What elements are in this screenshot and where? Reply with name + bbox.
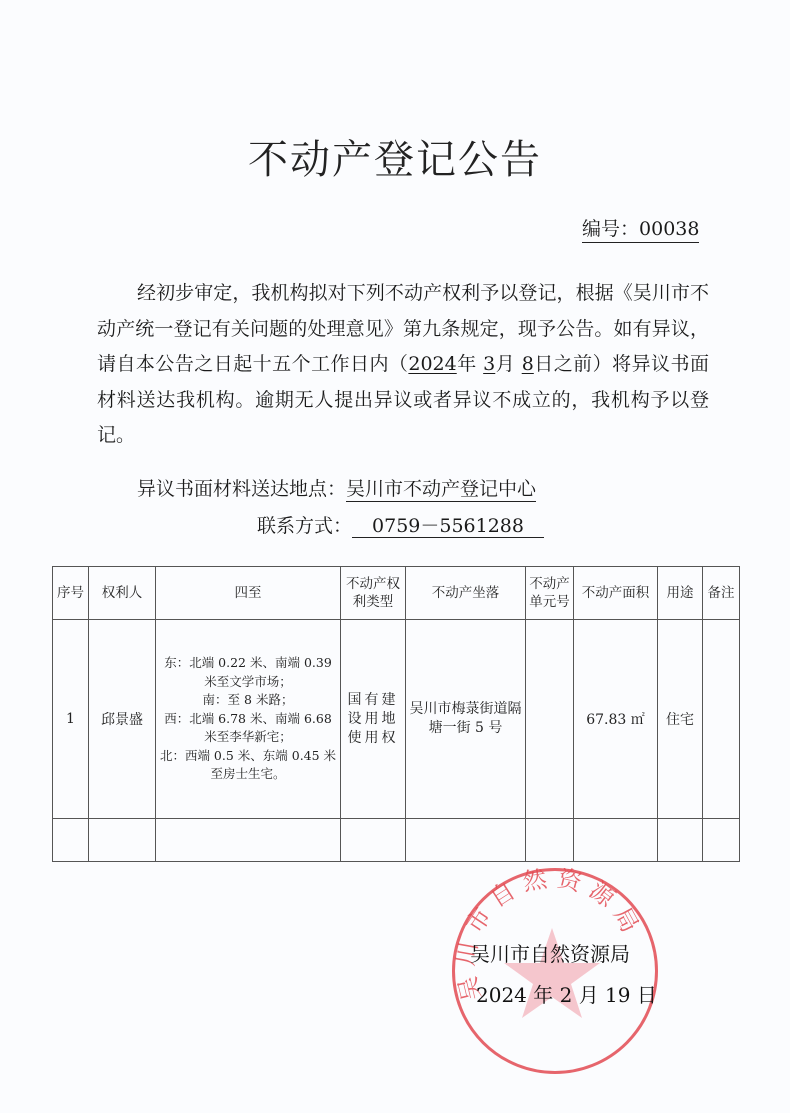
year-unit: 年 [457,353,477,375]
contact-info: 联系方式：0759－5561288 [257,511,544,538]
cell-boundaries: 东：北端 0.22 米、南端 0.39 米至文学市场； 南：至 8 米路； 西：… [156,620,341,819]
document-number-value: 00038 [639,218,699,240]
cell-use: 住宅 [658,620,703,819]
empty-cell [658,819,703,862]
header-use: 用途 [658,567,703,620]
cell-area: 67.83 ㎡ [574,620,658,819]
cell-holder: 邱景盛 [89,620,156,819]
empty-cell [574,819,658,862]
empty-cell [526,819,574,862]
cell-unit-no [526,620,574,819]
header-location: 不动产坐落 [406,567,526,620]
objection-place: 异议书面材料送达地点：吴川市不动产登记中心 [137,474,536,501]
cell-right-type: 国有建设用地使用权 [341,620,406,819]
issuer-name: 吴川市自然资源局 [470,938,630,967]
empty-cell [53,819,89,862]
empty-cell [703,819,740,862]
deadline-day: 8 [522,353,534,375]
header-unit-no: 不动产 单元号 [526,567,574,620]
objection-place-value: 吴川市不动产登记中心 [346,478,536,502]
issue-date: 2024 年 2 月 19 日 [476,979,657,1008]
official-seal-icon: 吴川市自然资源局 [452,868,658,1074]
empty-cell [89,819,156,862]
seal-graphic-icon: 吴川市自然资源局 [452,868,652,1068]
header-remark: 备注 [703,567,740,620]
header-right-type-line1: 不动产权 [341,575,405,593]
header-right-type: 不动产权 利类型 [341,567,406,620]
boundary-west: 西：北端 6.78 米、南端 6.68 米至李华新宅； [156,710,340,747]
header-holder: 权利人 [89,567,156,620]
table-row: 1 邱景盛 东：北端 0.22 米、南端 0.39 米至文学市场； 南：至 8 … [53,620,740,819]
empty-cell [341,819,406,862]
contact-label: 联系方式： [257,515,352,537]
cell-remark [703,620,740,819]
header-boundaries: 四至 [156,567,341,620]
month-unit: 月 [495,353,515,375]
deadline-year: 2024 [408,353,456,375]
page-title: 不动产登记公告 [0,128,790,185]
header-unit-no-line1: 不动产 [526,575,573,593]
empty-cell [156,819,341,862]
boundary-north: 北：西端 0.5 米、东端 0.45 米至房士生宅。 [156,747,340,784]
table-header-row: 序号 权利人 四至 不动产权 利类型 不动产坐落 不动产 单元号 不动产面积 用… [53,567,740,620]
header-unit-no-line2: 单元号 [526,593,573,611]
table-row-empty [53,819,740,862]
cell-location: 吴川市梅菉街道隔塘一街 5 号 [406,620,526,819]
cell-index: 1 [53,620,89,819]
objection-place-label: 异议书面材料送达地点： [137,478,346,500]
registration-table: 序号 权利人 四至 不动产权 利类型 不动产坐落 不动产 单元号 不动产面积 用… [52,566,740,862]
day-suffix: 日之前） [534,353,612,375]
empty-cell [406,819,526,862]
document-number: 编号：00038 [582,214,699,243]
header-right-type-line2: 利类型 [341,593,405,611]
contact-phone: 0759－5561288 [352,515,544,538]
header-index: 序号 [53,567,89,620]
deadline-month: 3 [483,353,495,375]
announcement-body: 经初步审定，我机构拟对下列不动产权利予以登记，根据《吴川市不动产统一登记有关问题… [97,276,709,454]
document-number-label: 编号： [582,218,639,240]
header-area: 不动产面积 [574,567,658,620]
boundary-east: 东：北端 0.22 米、南端 0.39 米至文学市场； [156,654,340,691]
boundary-south: 南：至 8 米路； [156,691,340,710]
